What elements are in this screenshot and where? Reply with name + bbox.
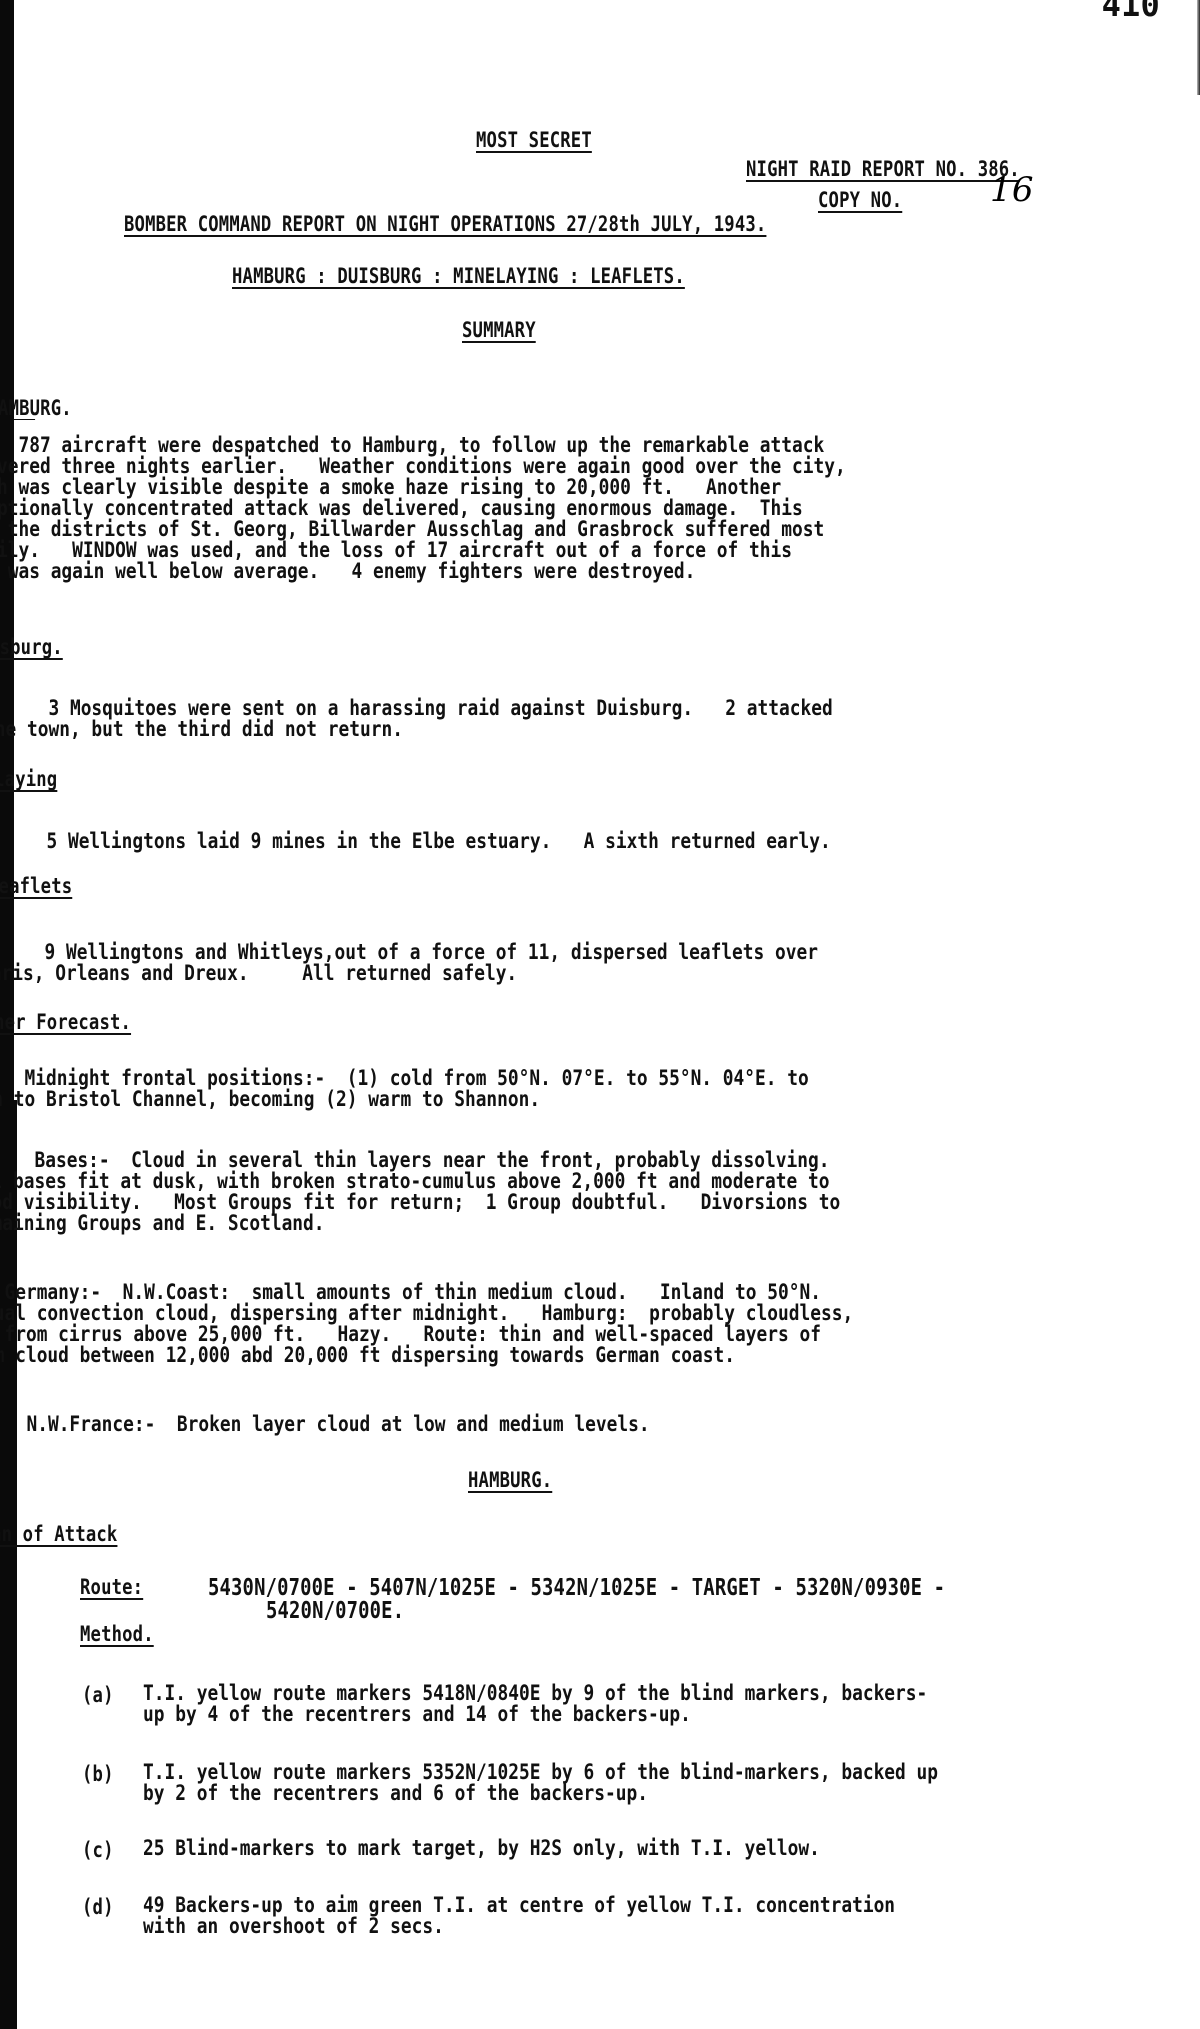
section-heading-weather: Weather Forecast.: [0, 1010, 131, 1034]
paragraph-nw-france: N.W.France:- Broken layer cloud at low a…: [0, 1414, 650, 1435]
route-label: Route:: [80, 1575, 143, 1599]
text-line: Germany:- N.W.Coast: small amounts of th…: [0, 1282, 853, 1303]
text-line: which was clearly visible despite a smok…: [0, 477, 846, 498]
section-heading-duisburg: Duisburg.: [0, 635, 63, 659]
text-line: 9 Wellingtons and Whitleys,out of a forc…: [0, 942, 818, 963]
text-line: heavily. WINDOW was used, and the loss o…: [0, 540, 846, 561]
plan-of-attack-heading: Plan of Attack: [0, 1522, 117, 1546]
text-line: Bases:- Cloud in several thin layers nea…: [0, 1150, 840, 1171]
paragraph-minelaying: 5 Wellingtons laid 9 mines in the Elbe e…: [0, 831, 831, 852]
text-line: time the districts of St. Georg, Billwar…: [0, 519, 846, 540]
text-line: Midnight frontal positions:- (1) cold fr…: [0, 1068, 809, 1089]
section-heading-minelaying: Minelaying: [0, 767, 57, 791]
text-line: medium cloud between 12,000 abd 20,000 f…: [0, 1345, 853, 1366]
paragraph-midnight-fronts: Midnight frontal positions:- (1) cold fr…: [0, 1068, 809, 1110]
text-line: exceptionally concentrated attack was de…: [0, 498, 846, 519]
text-line: T.I. yellow route markers 5352N/1025E by…: [143, 1762, 938, 1783]
paragraph-leaflets: 9 Wellingtons and Whitleys,out of a forc…: [0, 942, 818, 984]
report-number: NIGHT RAID REPORT NO. 386.: [746, 157, 1020, 181]
text-line: 25 Blind-markers to mark target, by H2S …: [143, 1838, 820, 1859]
text-line: apart from cirrus above 25,000 ft. Hazy.…: [0, 1324, 853, 1345]
text-line: Paris, Orleans and Dreux. All returned s…: [0, 963, 818, 984]
text-line: All bases fit at dusk, with broken strat…: [0, 1171, 840, 1192]
method-label: Method.: [80, 1622, 154, 1646]
method-item-label: (d): [82, 1895, 114, 1919]
method-item-text: 25 Blind-markers to mark target, by H2S …: [143, 1838, 820, 1859]
method-item-label: (b): [82, 1762, 114, 1786]
classification-marking: MOST SECRET: [476, 128, 592, 152]
copy-number-text: COPY NO.: [818, 188, 902, 212]
method-item-label: (a): [82, 1683, 114, 1707]
text-line: 49 Backers-up to aim green T.I. at centr…: [143, 1895, 895, 1916]
text-line: by 2 of the recentrers and 6 of the back…: [143, 1783, 938, 1804]
page-number: 410: [1102, 0, 1160, 24]
section-heading-leaflets: Leaflets: [0, 874, 72, 898]
section-heading-hamburg: HAMBURG.: [14, 372, 72, 420]
text-line: Wash to Bristol Channel, becoming (2) wa…: [0, 1089, 809, 1110]
method-item-label: (c): [82, 1838, 114, 1862]
paragraph-bases: Bases:- Cloud in several thin layers nea…: [0, 1150, 840, 1234]
text-line: good visibility. Most Groups fit for ret…: [0, 1192, 840, 1213]
text-line: with an overshoot of 2 secs.: [143, 1916, 895, 1937]
text-line: the town, but the third did not return.: [0, 719, 833, 740]
copy-number-handwritten: 16: [990, 170, 1034, 210]
targets-line: HAMBURG : DUISBURG : MINELAYING : LEAFLE…: [232, 264, 685, 288]
method-item-text: 49 Backers-up to aim green T.I. at centr…: [143, 1895, 895, 1937]
text-line: up by 4 of the recentrers and 14 of the …: [143, 1704, 927, 1725]
report-title: BOMBER COMMAND REPORT ON NIGHT OPERATION…: [124, 212, 766, 236]
text-line: residual convection cloud, dispersing af…: [0, 1303, 853, 1324]
text-line: remaining Groups and E. Scotland.: [0, 1213, 840, 1234]
route-line-2: 5420N/0700E.: [266, 1598, 404, 1624]
paragraph-duisburg: 3 Mosquitoes were sent on a harassing ra…: [0, 698, 833, 740]
text-line: 3 Mosquitoes were sent on a harassing ra…: [0, 698, 833, 719]
text-line: 5 Wellingtons laid 9 mines in the Elbe e…: [0, 831, 831, 852]
heading-text: HAMBURG.: [0, 396, 72, 420]
summary-heading: SUMMARY: [462, 318, 536, 342]
text-line: T.I. yellow route markers 5418N/0840E by…: [143, 1683, 927, 1704]
section-heading-hamburg-detail: HAMBURG.: [468, 1468, 552, 1492]
text-line: size was again well below average. 4 ene…: [0, 561, 846, 582]
text-line: 787 aircraft were despatched to Hamburg,…: [0, 435, 846, 456]
text-line: delivered three nights earlier. Weather …: [0, 456, 846, 477]
method-item-text: T.I. yellow route markers 5418N/0840E by…: [143, 1683, 927, 1725]
paragraph-germany: Germany:- N.W.Coast: small amounts of th…: [0, 1282, 853, 1366]
text-line: N.W.France:- Broken layer cloud at low a…: [0, 1414, 650, 1435]
method-item-text: T.I. yellow route markers 5352N/1025E by…: [143, 1762, 938, 1804]
paragraph-hamburg-summary: 787 aircraft were despatched to Hamburg,…: [0, 435, 846, 582]
